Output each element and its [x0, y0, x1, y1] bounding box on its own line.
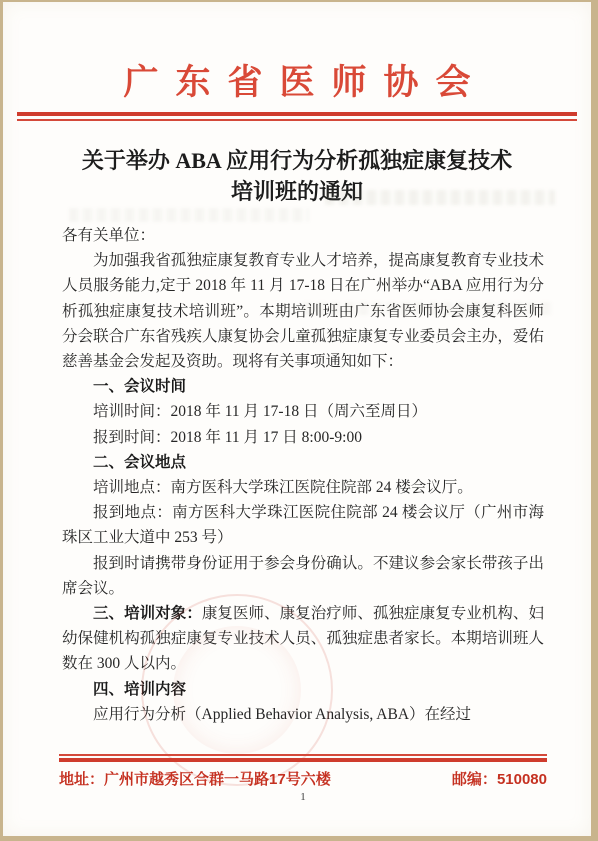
training-content-line: 应用行为分析（Applied Behavior Analysis, ABA）在经…	[62, 702, 544, 727]
letterhead-org-name: 广东省医师协会	[3, 60, 591, 106]
footer-postcode-label: 邮编：	[452, 771, 497, 788]
document-title-line2: 培训班的通知	[231, 179, 363, 204]
intro-paragraph: 为加强我省孤独症康复教育专业人才培养，提高康复教育专业技术人员服务能力,定于 2…	[62, 248, 544, 374]
letterhead-rule-thin	[17, 119, 577, 121]
section-heading-2: 二、会议地点	[62, 450, 544, 475]
document-page: 广东省医师协会 关于举办 ABA 应用行为分析孤独症康复技术培训班的通知 各有关…	[3, 2, 591, 836]
footer-rule-thin	[59, 754, 547, 756]
document-title: 关于举办 ABA 应用行为分析孤独症康复技术培训班的通知	[33, 145, 561, 207]
footer-rule-thick	[59, 758, 547, 762]
registration-time-line: 报到时间：2018 年 11 月 17 日 8:00-9:00	[62, 425, 544, 450]
footer-address-label: 地址：	[59, 771, 104, 788]
page-number: 1	[59, 791, 547, 803]
letterhead-divider	[17, 112, 577, 121]
footer-address-value: 广州市越秀区合群一马路17号六楼	[104, 771, 331, 788]
registration-location-line: 报到地点：南方医科大学珠江医院住院部 24 楼会议厅（广州市海珠区工业大道中 2…	[62, 500, 544, 550]
section-heading-1: 一、会议时间	[62, 374, 544, 399]
id-reminder-line: 报到时请携带身份证用于参会身份确认。不建议参会家长带孩子出席会议。	[62, 551, 544, 601]
training-time-line: 培训时间：2018 年 11 月 17-18 日（周六至周日）	[62, 399, 544, 424]
footer-postcode-value: 510080	[497, 771, 547, 788]
trainee-target-paragraph: 三、培训对象：康复医师、康复治疗师、孤独症康复专业机构、妇幼保健机构孤独症康复专…	[62, 601, 544, 677]
letterhead-rule-thick	[17, 112, 577, 116]
training-location-line: 培训地点：南方医科大学珠江医院住院部 24 楼会议厅。	[62, 475, 544, 500]
section-heading-3: 三、培训对象：	[93, 605, 202, 622]
footer-address: 地址：广州市越秀区合群一马路17号六楼	[59, 768, 331, 789]
ink-bleedthrough-smudge	[69, 208, 309, 222]
section-heading-4: 四、培训内容	[62, 677, 544, 702]
salutation: 各有关单位：	[62, 223, 544, 248]
footer-postcode: 邮编：510080	[452, 768, 547, 789]
document-title-line1: 关于举办 ABA 应用行为分析孤独症康复技术	[82, 148, 512, 173]
document-body: 各有关单位： 为加强我省孤独症康复教育专业人才培养，提高康复教育专业技术人员服务…	[3, 223, 591, 727]
document-footer: 地址：广州市越秀区合群一马路17号六楼 邮编：510080 1	[59, 754, 547, 803]
